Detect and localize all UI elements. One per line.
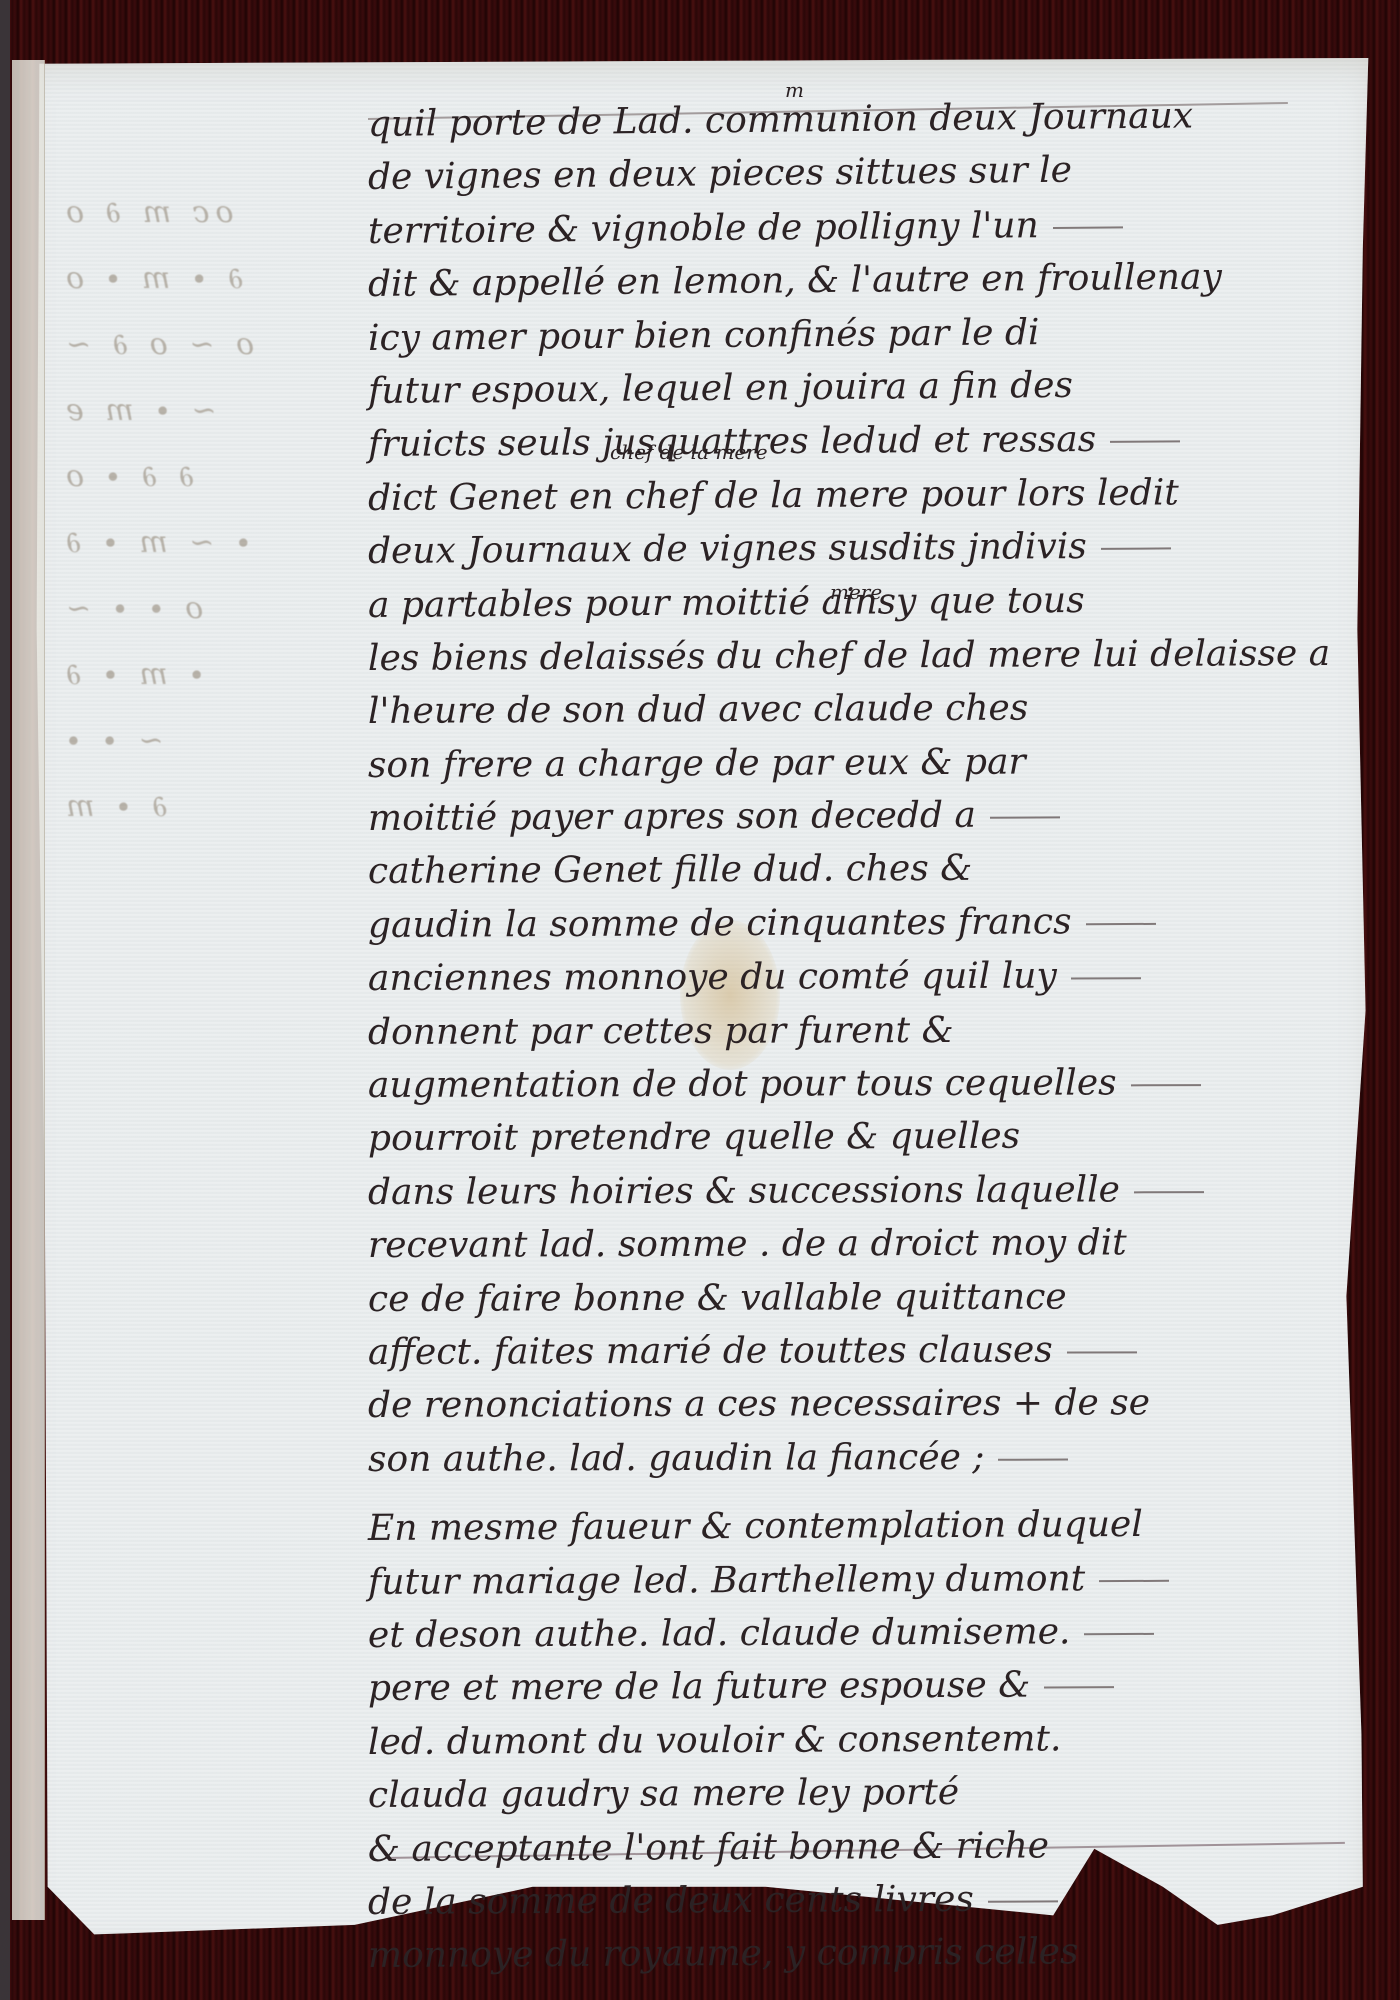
text-line: monnoye du royaume, y compris celles [368, 1924, 1328, 1982]
line-text: donnent par cettes par furent & [368, 1010, 954, 1053]
text-line: a partables pour moittié ainsy que tous [368, 572, 1328, 632]
line-text: gaudin la somme de cinquantes francs [368, 901, 1072, 946]
text-line: l'heure de son dud avec claude ches [368, 680, 1328, 738]
text-line: de vignes en deux pieces sittues sur le [368, 141, 1329, 204]
line-text: dit & appellé en lemon, & l'autre en fro… [368, 257, 1222, 305]
text-line: dit & appellé en lemon, & l'autre en fro… [368, 250, 1328, 312]
text-line: catherine Genet fille dud. ches & [368, 840, 1328, 898]
line-text: affect. faites marié de touttes clauses [368, 1330, 1053, 1373]
text-line: territoire & vignoble de polligny l'un [368, 196, 1328, 258]
line-text: clauda gaudry sa mere ley porté [368, 1772, 959, 1816]
text-line: et deson authe. lad. claude dumiseme. [368, 1604, 1328, 1662]
line-filler-dash [1084, 1633, 1154, 1635]
line-text: En mesme faueur & contemplation duquel [368, 1504, 1143, 1549]
left-frame-strip [0, 0, 10, 2000]
text-line: pere et mere de la future espouse & [368, 1657, 1328, 1715]
text-line: de renonciations a ces necessaires + de … [368, 1376, 1328, 1433]
text-line: recevant lad. somme . de a droict moy di… [368, 1216, 1328, 1273]
line-text: l'heure de son dud avec claude ches [368, 688, 1029, 732]
text-line: pourroit pretendre quelle & quelles [368, 1109, 1328, 1166]
text-line: de la somme de deux cents livres [368, 1871, 1328, 1929]
line-text: ce de faire bonne & vallable quittance [368, 1276, 1067, 1319]
line-filler-dash [1099, 1579, 1169, 1581]
line-text: deux Journaux de vignes susdits jndivis [368, 526, 1087, 572]
line-text: led. dumont du vouloir & consentemt. [368, 1718, 1062, 1763]
line-text: dans leurs hoiries & successions laquell… [368, 1169, 1120, 1213]
text-line: dans leurs hoiries & successions laquell… [368, 1162, 1328, 1219]
line-text: a partables pour moittié ainsy que tous [368, 580, 1085, 626]
text-line: donnent par cettes par furent & [368, 1002, 1328, 1059]
bleed-line: ∂ ∙ m ∙ o [60, 246, 320, 312]
text-line: les biens delaissés du chef de lad mere … [368, 627, 1328, 685]
line-filler-dash [990, 816, 1060, 818]
line-text: anciennes monnoye du comté quil luy [368, 956, 1057, 999]
text-line: deux Journaux de vignes susdits jndivis [368, 518, 1328, 578]
line-text: futur mariage led. Barthellemy dumont [368, 1558, 1085, 1603]
text-line: augmentation de dot pour tous cequelles [368, 1056, 1328, 1113]
line-filler-dash [1086, 923, 1156, 925]
line-filler-dash [1134, 1191, 1204, 1193]
line-text: recevant lad. somme . de a droict moy di… [368, 1223, 1127, 1267]
text-line: son frere a charge de par eux & par [368, 734, 1328, 792]
line-text: pourroit pretendre quelle & quelles [368, 1116, 1020, 1159]
manuscript-text: quil porte de Lad. communion deux Journa… [368, 98, 1328, 1983]
text-line: anciennes monnoye du comté quil luy [368, 949, 1328, 1006]
line-text: les biens delaissés du chef de lad mere … [368, 633, 1330, 679]
line-text: son frere a charge de par eux & par [368, 741, 1026, 785]
line-filler-dash [1110, 441, 1180, 443]
text-line: moittié payer apres son decedd a [368, 787, 1328, 845]
text-line: gaudin la somme de cinquantes francs [368, 894, 1328, 952]
text-line: futur mariage led. Barthellemy dumont [368, 1551, 1328, 1609]
line-filler-dash [998, 1458, 1068, 1460]
line-text: augmentation de dot pour tous cequelles [368, 1062, 1117, 1106]
line-filler-dash [1101, 548, 1171, 550]
line-text: de vignes en deux pieces sittues sur le [368, 150, 1072, 198]
bleed-line: oc m ∂ o [60, 180, 320, 246]
line-text: monnoye du royaume, y compris celles [368, 1932, 1079, 1977]
line-text: de la somme de deux cents livres [368, 1879, 974, 1923]
text-line: ce de faire bonne & vallable quittance [368, 1269, 1328, 1326]
text-line: dict Genet en chef de la mere pour lors … [368, 465, 1328, 525]
line-filler-dash [988, 1900, 1058, 1902]
bleed-line: ~ ∙ m e [60, 378, 320, 444]
bleed-line: o ∙ ∙ ~ [60, 576, 320, 642]
line-text: de renonciations a ces necessaires + de … [368, 1383, 1150, 1427]
line-text: & acceptante l'ont fait bonne & riche [368, 1825, 1049, 1870]
line-text: icy amer pour bien confinés par le di [368, 312, 1040, 359]
line-text: pere et mere de la future espouse & [368, 1665, 1030, 1709]
line-filler-dash [1071, 978, 1141, 980]
line-text: son authe. lad. gaudin la fiancée ; [368, 1437, 985, 1480]
line-text: fruicts seuls jusquattres ledud et ressa… [368, 419, 1096, 465]
line-filler-dash [1067, 1351, 1137, 1353]
line-filler-dash [1053, 226, 1123, 229]
bleed-line: ∙ ~ m ∙ ∂ [60, 510, 320, 576]
text-line: En mesme faueur & contemplation duquel [368, 1497, 1328, 1555]
line-text: dict Genet en chef de la mere pour lors … [368, 472, 1179, 519]
text-line: clauda gaudry sa mere ley porté [368, 1764, 1328, 1822]
line-text: moittié payer apres son decedd a [368, 795, 976, 839]
text-line: fruicts seuls jusquattres ledud et ressa… [368, 412, 1328, 472]
line-filler-dash [1044, 1686, 1114, 1688]
page-fold-edge [12, 60, 45, 1920]
line-text: futur espoux, lequel en jouira a fin des [368, 365, 1073, 412]
line-text: territoire & vignoble de polligny l'un [368, 205, 1039, 252]
bleed-line: ∂ ∂ ∙ o [60, 444, 320, 510]
text-line: & acceptante l'ont fait bonne & riche [368, 1817, 1328, 1875]
text-line: affect. faites marié de touttes clauses [368, 1323, 1328, 1380]
text-line: futur espoux, lequel en jouira a fin des [368, 357, 1328, 419]
line-text: et deson authe. lad. claude dumiseme. [368, 1611, 1071, 1656]
line-filler-dash [1131, 1084, 1201, 1086]
text-line: led. dumont du vouloir & consentemt. [368, 1711, 1328, 1769]
line-text: catherine Genet fille dud. ches & [368, 848, 972, 892]
ink-bleed-through: oc m ∂ o ∂ ∙ m ∙ o o ~ o ∂ ~ ~ ∙ m e ∂ ∂… [60, 180, 320, 1380]
text-line: son authe. lad. gaudin la fiancée ; [368, 1429, 1328, 1486]
line-text: quil porte de Lad. communion deux Journa… [368, 95, 1194, 145]
bleed-line: o ~ o ∂ ~ [60, 312, 320, 378]
bleed-line: ∂ ∙ m [60, 774, 320, 840]
bleed-line: ∙ m ∙ ∂ [60, 642, 320, 708]
text-line: icy amer pour bien confinés par le di [368, 303, 1328, 365]
bleed-line: ~ ∙ ∙ [60, 708, 320, 774]
